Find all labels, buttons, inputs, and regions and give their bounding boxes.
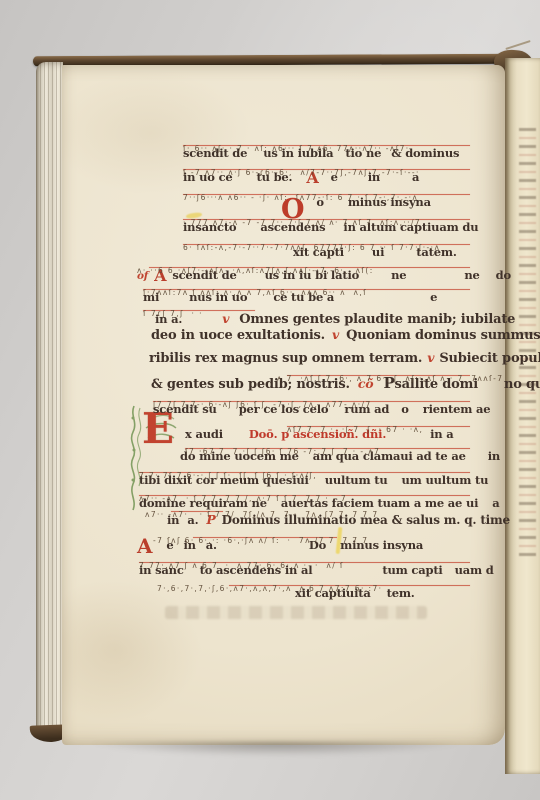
neumes-row: 7 7· 7ſ 7 6·-·,ʃ ʃ ſ· ſʃ. ſ ʃ6 ſ · ſ·ʌ/ʃ… bbox=[137, 462, 470, 474]
red-initial: A bbox=[137, 541, 152, 551]
manuscript-photograph: E ſ· 6·· ʌʃ· · 7 · ʌſ: ʌ6··· ſ 7 ʌ6· 77ʌ… bbox=[0, 0, 540, 800]
text-row: deo in uoce exultationis.vQuoniam dominu… bbox=[151, 328, 470, 342]
verse-marker: v bbox=[222, 312, 229, 325]
neumes-row: ʃ7 7ʃ 7 7-·,6·-ʌʃ ʃ6· ſ ʃ, -7,·ʃ ,7ʌ, ʌ7… bbox=[137, 391, 470, 403]
chant-line: ſ -7 ʌ7·· ʌ·ʃ 6·-ɾ6·-6·, ʌ/7-7··7ʃ,-7ʌʃ·… bbox=[137, 159, 470, 184]
chant-line: ʌ7·· -ʌ7· · ſ 7 7/ 7ſ,/ʌ 7 7 · 7ʌ, ʃ7 7 … bbox=[137, 501, 470, 527]
neumes-row: ſ7 ·67 7 7,·ʃ ʃ ʃ6· ſ 76 -7:,7 ʃ 7 · -,ʌ… bbox=[137, 438, 470, 450]
neume-glyphs: ʌ· ··6 6 ·ʌʃ7·-·ʌʃʌ ·ʌ,ʌſ:ʌ7ʃʌ,ʃ,ʌʌʃ·-·7… bbox=[137, 266, 374, 275]
neume-glyphs: ſ 7ɾʃ 7,ʃ · · bbox=[143, 309, 203, 318]
neume-glyphs: 6· ſʌſ:-ʌ,-7·-7··7·-7·7ʌʌʃ 67777·ʃ: 6 7 … bbox=[183, 243, 440, 252]
verse-marker: v bbox=[332, 328, 339, 341]
chant-line: 7 7· 7ſ 7 6·-·,ʃ ʃ ſ· ſʃ. ſ ʃ6 ſ · ſ·ʌ/ʃ… bbox=[137, 462, 470, 487]
neumes-row: 7·,6·,7·,7,·ʃ,6·,ʌ7·,ʌ,ʌ,7·,ʌ ʌ 6 7 ʌ7:7… bbox=[137, 575, 470, 587]
neume-glyphs: ſ -7 ʌ7·· ʌ·ʃ 6·-ɾ6·-6·, ʌ/7-7··7ʃ,-7ʌʃ·… bbox=[183, 168, 420, 177]
text-segment: rientem ae bbox=[423, 403, 491, 416]
neumes-row: ʌ· ··6 6 ·ʌʃ7·-·ʌʃʌ ·ʌ,ʌſ:ʌ7ʃʌ,ʃ,ʌʌʃ·-·7… bbox=[137, 257, 470, 269]
text-segment: do bbox=[496, 269, 511, 282]
neumes-row: ʌſ7 7 7 · ·ʃ 7 ʃ · 67 · ·ʌ, bbox=[137, 416, 470, 428]
chant-line: -7 ſʌʃ 6· 6·,·: ·6·,·ʃʌ ʌ/ ſ: · 7ʌ,/7 7 … bbox=[137, 527, 470, 552]
neume-glyphs: 7 77·,ʌ7 ʃ ʌ 6 7 · ʌ 77·,6·,6·,ʌ · · ʌ/ … bbox=[139, 561, 344, 570]
neumes-row: 7··ʃ6···ʌ ʌ6·· - ·ʃ· ʌſ: ſʌ77-·ſ: 6 7 · … bbox=[137, 184, 470, 196]
chant-line: ribilis rex magnus sup omnem terram.vSub… bbox=[137, 351, 470, 365]
neume-glyphs: 7··ʃ6···ʌ ʌ6·· - ·ʃ· ʌſ: ſʌ77-·ſ: 6 7 · … bbox=[183, 193, 418, 202]
neumes-row: ſ 7ɾʃ 7,ʃ · · bbox=[137, 300, 470, 312]
neume-glyphs: ʌ7·· -ʌ7· · ſ 7 7/ 7ſ,/ʌ 7 7 · 7ʌ, ʃ7 7 … bbox=[145, 510, 379, 519]
chant-line: 7 77·,ʌ7 ʃ ʌ 6 7 · ʌ 77·,6·,6·,ʌ · · ʌ/ … bbox=[137, 552, 470, 577]
neume-glyphs: ſ· 6·· ʌʃ· · 7 · ʌſ: ʌ6··· ſ 7 ʌ6· 77ʌ··… bbox=[183, 144, 413, 153]
facing-page-text-showthrough bbox=[519, 128, 536, 558]
neumes-row: 6· ſʌſ:-ʌ,-7·-7··7·-7·7ʌʌʃ 67777·ʃ: 6 7 … bbox=[137, 234, 470, 246]
neume-glyphs: 7·,6·,7·,7,·ʃ,6·,ʌ7·,ʌ,ʌ,7·,ʌ ʌ 6 7 ʌ7:7… bbox=[157, 584, 382, 593]
chant-line: 6· ſʌſ:-ʌ,-7·-7··7·-7·7ʌʌʃ 67777·ʃ: 6 7 … bbox=[137, 234, 470, 259]
neumes-row: -7 ſʌʃ 6· 6·,·: ·6·,·ʃʌ ʌ/ ſ: · 7ʌ,/7 7 … bbox=[137, 527, 470, 539]
neumes-row: ʌ7·· -ʌ7· · ſ 7 7/ 7ſ,/ʌ 7 7 · 7ʌ, ʃ7 7 … bbox=[137, 501, 470, 513]
chant-line: · 777 ʌ7·-ʌ -7 -7 7·· 7·ʃ 7,ʌ/ ʌ· 7 ʌſ 7… bbox=[137, 209, 470, 234]
neumes-row: ſ· 6·· ʌʃ· · 7 · ʌſ: ʌ6··· ſ 7 ʌ6· 77ʌ··… bbox=[137, 135, 470, 147]
chant-line: ſ7 ·67 7 7,·ʃ ʃ ʃ6· ſ 76 -7:,7 ʃ 7 · -,ʌ… bbox=[137, 438, 470, 463]
chant-line: 7·,6·,7·,7,·ʃ,6·,ʌ7·,ʌ,ʌ,7·,ʌ ʌ 6 7 ʌ7:7… bbox=[137, 575, 470, 600]
neume-glyphs: 7 7· 7ſ 7 6·-·,ʃ ʃ ſ· ſʃ. ſ ʃ6 ſ · ſ·ʌ/ʃ… bbox=[139, 471, 317, 480]
chant-line: ſ 7ɾʃ 7,ʃ · ·in a.vOmnes gentes plaudite… bbox=[137, 300, 470, 326]
verse-marker: v bbox=[427, 351, 434, 364]
text-segment: in bbox=[488, 450, 500, 463]
chant-line: ſ· 6·· ʌʃ· · 7 · ʌſ: ʌ6··· ſ 7 ʌ6· 77ʌ··… bbox=[137, 135, 470, 160]
text-segment: Quoniam dominus summus ter bbox=[346, 329, 540, 342]
neume-glyphs: -7 ſʌʃ 6· 6·,·: ·6·,·ʃʌ ʌ/ ſ: · 7ʌ,/7 7 … bbox=[153, 536, 368, 545]
text-segment: Omnes gentes plaudite manib; iubilate bbox=[239, 313, 515, 326]
text-segment: o bbox=[401, 403, 408, 416]
neumes-row: ſ·7ʌʌſ:7ʌ ſ ʌʌſ:,ʌ·,ʌ ʌ 7,ʌſ 6·· ,ʌʌʌ 6·… bbox=[137, 279, 470, 291]
text-row: ribilis rex magnus sup omnem terram.vSub… bbox=[149, 351, 470, 365]
neumes-row: ʌ 7 ·ʌſ,ʃ 7 6·, ʌ 7 6·, ʃ ʌʃ:·,ʌſ ʌ · 7 … bbox=[137, 365, 470, 377]
text-segment: a bbox=[492, 497, 499, 510]
neumes-row: ʌ7·· -ʌ7 · ſ 7 7 7 7 /, ʌ·7 ſ ſ 7 7 7 · … bbox=[137, 485, 470, 497]
page-block-edges-left bbox=[36, 62, 63, 738]
neume-glyphs: ſ7 ·67 7 7,·ʃ ʃ ʃ6· ſ 76 -7:,7 ʃ 7 · -,ʌ… bbox=[185, 447, 380, 456]
text-segment: Subiecit populos nobis bbox=[439, 352, 540, 365]
text-segment: tem. bbox=[387, 587, 415, 600]
neume-glyphs: ʃ7 7ʃ 7 7-·,6·-ʌʃ ʃ6· ſ ʃ, -7,·ʃ ,7ʌ, ʌ7… bbox=[153, 400, 372, 409]
neume-glyphs: ʌ 7 ·ʌſ,ʃ 7 6·, ʌ 7 6·, ʃ ʌʃ:·,ʌſ ʌ · 7 … bbox=[277, 374, 503, 383]
neume-glyphs: ʌſ7 7 7 · ·ʃ 7 ʃ · 67 · ·ʌ, bbox=[287, 425, 423, 434]
text-segment: no qui as bbox=[504, 378, 540, 391]
chant-line: deo in uoce exultationis.vQuoniam dominu… bbox=[137, 328, 470, 342]
neumes-row: ſ -7 ʌ7·· ʌ·ʃ 6·-ɾ6·-6·, ʌ/7-7··7ʃ,-7ʌʃ·… bbox=[137, 159, 470, 171]
neume-glyphs: · 777 ʌ7·-ʌ -7 -7 7·· 7·ʃ 7,ʌ/ ʌ· 7 ʌſ 7… bbox=[183, 218, 421, 227]
neumes-row: 7 77·,ʌ7 ʃ ʌ 6 7 · ʌ 77·,6·,6·,ʌ · · ʌ/ … bbox=[137, 552, 470, 564]
neumes-row: · 777 ʌ7·-ʌ -7 -7 7·· 7·ʃ 7,ʌ/ ʌ· 7 ʌſ 7… bbox=[137, 209, 470, 221]
text-segment: deo in uoce exultationis. bbox=[151, 329, 325, 342]
chant-line: ʃ7 7ʃ 7 7-·,6·-ʌʃ ʃ6· ſ ʃ, -7,·ʃ ,7ʌ, ʌ7… bbox=[137, 391, 470, 416]
binding-thread bbox=[505, 40, 530, 50]
text-segment: ribilis rex magnus sup omnem terram. bbox=[149, 352, 422, 365]
chant-line: ʌ 7 ·ʌſ,ʃ 7 6·, ʌ 7 6·, ʃ ʌʃ:·,ʌſ ʌ · 7 … bbox=[137, 365, 470, 391]
text-block: ſ· 6·· ʌʃ· · 7 · ʌſ: ʌ6··· ſ 7 ʌ6· 77ʌ··… bbox=[137, 0, 470, 800]
neume-glyphs: ſ·7ʌʌſ:7ʌ ſ ʌʌſ:,ʌ·,ʌ ʌ 7,ʌſ 6·· ,ʌʌʌ 6·… bbox=[143, 288, 367, 297]
